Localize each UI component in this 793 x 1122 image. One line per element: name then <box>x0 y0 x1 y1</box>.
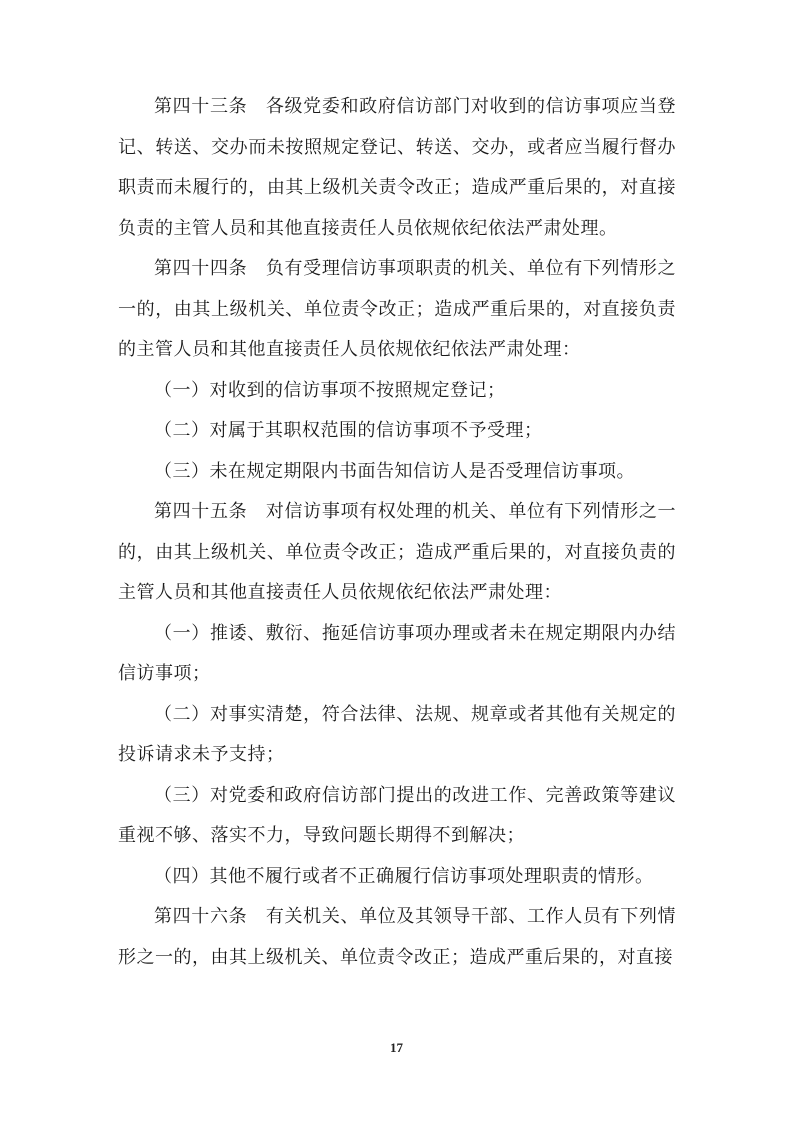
article-44-item-3: （三）未在规定期限内书面告知信访人是否受理信访事项。 <box>118 451 676 492</box>
article-44-item-2: （二）对属于其职权范围的信访事项不予受理； <box>118 410 676 451</box>
article-44-intro: 第四十四条 负有受理信访事项职责的机关、单位有下列情形之一的，由其上级机关、单位… <box>118 248 676 370</box>
article-45-item-1: （一）推诿、敷衍、拖延信访事项办理或者未在规定期限内办结信访事项； <box>118 613 676 694</box>
document-page: 第四十三条 各级党委和政府信访部门对收到的信访事项应当登记、转送、交办而未按照规… <box>0 0 793 1122</box>
article-45-item-3: （三）对党委和政府信访部门提出的改进工作、完善政策等建议重视不够、落实不力，导致… <box>118 775 676 856</box>
article-45-item-2: （二）对事实清楚，符合法律、法规、规章或者其他有关规定的投诉请求未予支持； <box>118 694 676 775</box>
article-45-intro: 第四十五条 对信访事项有权处理的机关、单位有下列情形之一的，由其上级机关、单位责… <box>118 491 676 613</box>
article-45-item-4: （四）其他不履行或者不正确履行信访事项处理职责的情形。 <box>118 856 676 897</box>
article-43-paragraph: 第四十三条 各级党委和政府信访部门对收到的信访事项应当登记、转送、交办而未按照规… <box>118 86 676 248</box>
page-number: 17 <box>0 1040 793 1056</box>
article-44-item-1: （一）对收到的信访事项不按照规定登记； <box>118 370 676 411</box>
article-46-intro: 第四十六条 有关机关、单位及其领导干部、工作人员有下列情形之一的，由其上级机关、… <box>118 896 676 977</box>
document-body: 第四十三条 各级党委和政府信访部门对收到的信访事项应当登记、转送、交办而未按照规… <box>118 86 676 977</box>
